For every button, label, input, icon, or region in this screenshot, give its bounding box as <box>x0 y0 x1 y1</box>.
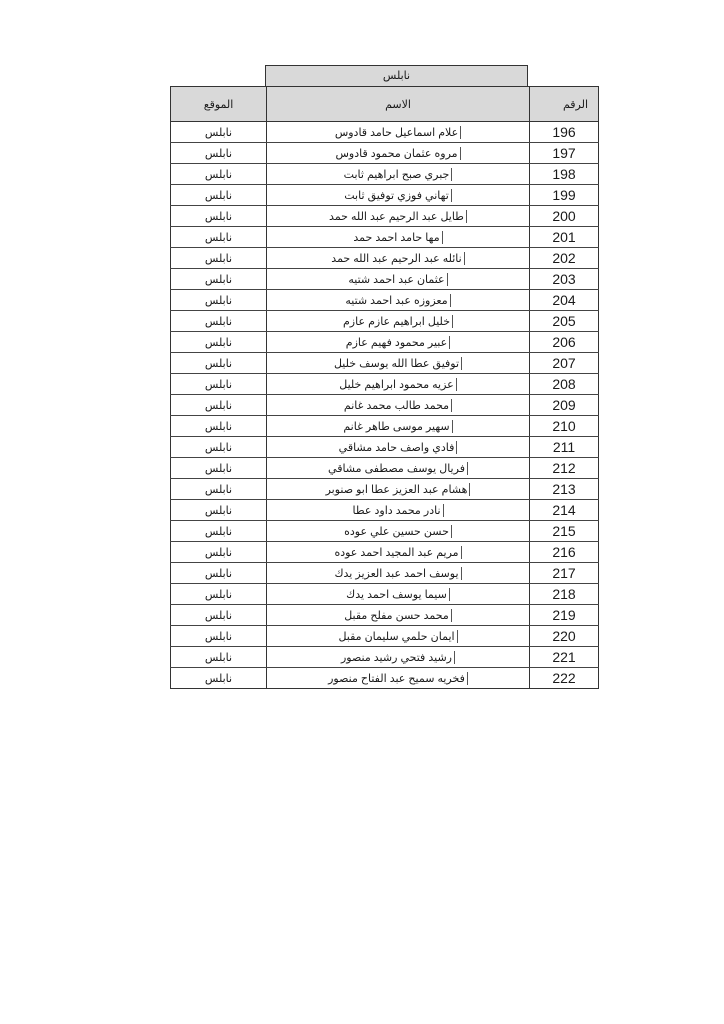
column-header-location: الموقع <box>171 87 267 122</box>
row-number: 207 <box>530 353 599 374</box>
row-number: 216 <box>530 542 599 563</box>
row-location: نابلس <box>171 458 267 479</box>
row-name: هشام عبد العزيز عطا ابو صنوبر <box>326 483 471 496</box>
row-number: 213 <box>530 479 599 500</box>
table-row: 204معزوزه عبد احمد شتيهنابلس <box>171 290 599 311</box>
table-row: 209محمد طالب محمد غانمنابلس <box>171 395 599 416</box>
table-row: 211فادي واصف حامد مشاقينابلس <box>171 437 599 458</box>
table-row: 201مها حامد احمد حمدنابلس <box>171 227 599 248</box>
row-name: مها حامد احمد حمد <box>353 231 442 244</box>
row-name: يوسف احمد عبد العزيز يدك <box>334 567 461 580</box>
column-header-number: الرقم <box>530 87 599 122</box>
table-row: 221رشيد فتحي رشيد منصورنابلس <box>171 647 599 668</box>
row-name-cell: سيما يوسف احمد يدك <box>267 584 530 605</box>
header-row: الرقم الاسم الموقع <box>171 87 599 122</box>
table-row: 218سيما يوسف احمد يدكنابلس <box>171 584 599 605</box>
row-name: حسن حسين علي عوده <box>344 525 452 538</box>
row-name-cell: هشام عبد العزيز عطا ابو صنوبر <box>267 479 530 500</box>
row-location: نابلس <box>171 563 267 584</box>
row-number: 202 <box>530 248 599 269</box>
row-name-cell: نائله عبد الرحيم عبد الله حمد <box>267 248 530 269</box>
row-number: 218 <box>530 584 599 605</box>
row-name-cell: فادي واصف حامد مشاقي <box>267 437 530 458</box>
row-location: نابلس <box>171 584 267 605</box>
row-number: 203 <box>530 269 599 290</box>
row-location: نابلس <box>171 227 267 248</box>
row-name-cell: خليل ابراهيم عازم عازم <box>267 311 530 332</box>
table-row: 216مريم عبد المجيد احمد عودهنابلس <box>171 542 599 563</box>
row-location: نابلس <box>171 500 267 521</box>
row-name: نادر محمد داود عطا <box>352 504 443 517</box>
row-name: عزيه محمود ابراهيم خليل <box>339 378 456 391</box>
row-name-cell: فخريه سميح عبد الفتاح منصور <box>267 668 530 689</box>
row-name-cell: علام اسماعيل حامد قادوس <box>267 122 530 143</box>
row-name-cell: محمد طالب محمد غانم <box>267 395 530 416</box>
table-row: 199تهاني فوزي توفيق ثابتنابلس <box>171 185 599 206</box>
document-page: نابلس الرقم الاسم الموقع 196علام اسماعيل… <box>0 0 724 1024</box>
table-row: 214نادر محمد داود عطانابلس <box>171 500 599 521</box>
row-name: طايل عبد الرحيم عبد الله حمد <box>329 210 467 223</box>
row-name: ايمان حلمي سليمان مقبل <box>338 630 457 643</box>
row-name-cell: يوسف احمد عبد العزيز يدك <box>267 563 530 584</box>
table-row: 210سهير موسى طاهر غانمنابلس <box>171 416 599 437</box>
row-location: نابلس <box>171 479 267 500</box>
row-location: نابلس <box>171 605 267 626</box>
row-number: 196 <box>530 122 599 143</box>
row-name-cell: حسن حسين علي عوده <box>267 521 530 542</box>
row-name-cell: عزيه محمود ابراهيم خليل <box>267 374 530 395</box>
row-name: مريم عبد المجيد احمد عوده <box>334 546 461 559</box>
table-row: 208عزيه محمود ابراهيم خليلنابلس <box>171 374 599 395</box>
row-name-cell: مريم عبد المجيد احمد عوده <box>267 542 530 563</box>
row-name-cell: تهاني فوزي توفيق ثابت <box>267 185 530 206</box>
row-location: نابلس <box>171 374 267 395</box>
row-name-cell: مروه عثمان محمود قادوس <box>267 143 530 164</box>
row-location: نابلس <box>171 353 267 374</box>
row-name: علام اسماعيل حامد قادوس <box>335 126 461 139</box>
row-name: فريال يوسف مصطفى مشاقي <box>328 462 468 475</box>
row-name: مروه عثمان محمود قادوس <box>335 147 460 160</box>
row-name-cell: نادر محمد داود عطا <box>267 500 530 521</box>
row-name-cell: محمد حسن مفلح مقبل <box>267 605 530 626</box>
row-name: سيما يوسف احمد يدك <box>346 588 450 601</box>
row-location: نابلس <box>171 647 267 668</box>
row-name-cell: عبير محمود فهيم عازم <box>267 332 530 353</box>
table-row: 222فخريه سميح عبد الفتاح منصورنابلس <box>171 668 599 689</box>
row-name-cell: فريال يوسف مصطفى مشاقي <box>267 458 530 479</box>
row-location: نابلس <box>171 269 267 290</box>
row-location: نابلس <box>171 290 267 311</box>
row-name: فخريه سميح عبد الفتاح منصور <box>328 672 468 685</box>
row-number: 204 <box>530 290 599 311</box>
row-number: 205 <box>530 311 599 332</box>
table-row: 212فريال يوسف مصطفى مشاقينابلس <box>171 458 599 479</box>
row-location: نابلس <box>171 143 267 164</box>
table-row: 205خليل ابراهيم عازم عازمنابلس <box>171 311 599 332</box>
row-number: 220 <box>530 626 599 647</box>
row-name-cell: جبري صبح ابراهيم ثابت <box>267 164 530 185</box>
row-location: نابلس <box>171 185 267 206</box>
row-name-cell: توفيق عطا الله يوسف خليل <box>267 353 530 374</box>
row-number: 221 <box>530 647 599 668</box>
row-number: 215 <box>530 521 599 542</box>
row-name-cell: رشيد فتحي رشيد منصور <box>267 647 530 668</box>
row-location: نابلس <box>171 122 267 143</box>
row-location: نابلس <box>171 164 267 185</box>
row-name-cell: سهير موسى طاهر غانم <box>267 416 530 437</box>
row-name: رشيد فتحي رشيد منصور <box>341 651 455 664</box>
table-row: 198جبري صبح ابراهيم ثابتنابلس <box>171 164 599 185</box>
table-row: 206عبير محمود فهيم عازمنابلس <box>171 332 599 353</box>
table-row: 219محمد حسن مفلح مقبلنابلس <box>171 605 599 626</box>
row-name: محمد حسن مفلح مقبل <box>344 609 452 622</box>
row-number: 197 <box>530 143 599 164</box>
row-name: محمد طالب محمد غانم <box>344 399 452 412</box>
row-number: 208 <box>530 374 599 395</box>
row-number: 209 <box>530 395 599 416</box>
table-row: 207توفيق عطا الله يوسف خليلنابلس <box>171 353 599 374</box>
row-number: 222 <box>530 668 599 689</box>
table-row: 203عثمان عبد احمد شتيهنابلس <box>171 269 599 290</box>
table-row: 213هشام عبد العزيز عطا ابو صنوبرنابلس <box>171 479 599 500</box>
row-number: 206 <box>530 332 599 353</box>
row-name: فادي واصف حامد مشاقي <box>339 441 458 454</box>
row-name-cell: مها حامد احمد حمد <box>267 227 530 248</box>
roster-table: الرقم الاسم الموقع 196علام اسماعيل حامد … <box>170 86 599 689</box>
row-name: تهاني فوزي توفيق ثابت <box>344 189 452 202</box>
table-row: 215حسن حسين علي عودهنابلس <box>171 521 599 542</box>
row-name: نائله عبد الرحيم عبد الله حمد <box>331 252 464 265</box>
row-location: نابلس <box>171 416 267 437</box>
row-location: نابلس <box>171 668 267 689</box>
row-name: عبير محمود فهيم عازم <box>346 336 450 349</box>
row-number: 198 <box>530 164 599 185</box>
table-row: 217يوسف احمد عبد العزيز يدكنابلس <box>171 563 599 584</box>
row-number: 210 <box>530 416 599 437</box>
row-location: نابلس <box>171 626 267 647</box>
row-name: خليل ابراهيم عازم عازم <box>343 315 453 328</box>
table-row: 200طايل عبد الرحيم عبد الله حمدنابلس <box>171 206 599 227</box>
row-location: نابلس <box>171 206 267 227</box>
row-location: نابلس <box>171 521 267 542</box>
row-location: نابلس <box>171 248 267 269</box>
table-row: 220ايمان حلمي سليمان مقبلنابلس <box>171 626 599 647</box>
column-header-name: الاسم <box>267 87 530 122</box>
row-name: توفيق عطا الله يوسف خليل <box>334 357 462 370</box>
row-location: نابلس <box>171 542 267 563</box>
row-number: 217 <box>530 563 599 584</box>
row-number: 219 <box>530 605 599 626</box>
row-name: معزوزه عبد احمد شتيه <box>345 294 450 307</box>
row-number: 199 <box>530 185 599 206</box>
row-location: نابلس <box>171 311 267 332</box>
row-name-cell: طايل عبد الرحيم عبد الله حمد <box>267 206 530 227</box>
row-name-cell: معزوزه عبد احمد شتيه <box>267 290 530 311</box>
row-location: نابلس <box>171 437 267 458</box>
row-name: عثمان عبد احمد شتيه <box>348 273 447 286</box>
row-location: نابلس <box>171 332 267 353</box>
group-header-city: نابلس <box>265 65 528 86</box>
table-row: 197مروه عثمان محمود قادوسنابلس <box>171 143 599 164</box>
row-location: نابلس <box>171 395 267 416</box>
row-number: 214 <box>530 500 599 521</box>
row-name: جبري صبح ابراهيم ثابت <box>344 168 453 181</box>
table-row: 202نائله عبد الرحيم عبد الله حمدنابلس <box>171 248 599 269</box>
row-name-cell: عثمان عبد احمد شتيه <box>267 269 530 290</box>
row-number: 212 <box>530 458 599 479</box>
row-name-cell: ايمان حلمي سليمان مقبل <box>267 626 530 647</box>
row-number: 201 <box>530 227 599 248</box>
row-number: 200 <box>530 206 599 227</box>
table-row: 196علام اسماعيل حامد قادوسنابلس <box>171 122 599 143</box>
row-name: سهير موسى طاهر غانم <box>343 420 452 433</box>
roster-body: 196علام اسماعيل حامد قادوسنابلس197مروه ع… <box>171 122 599 689</box>
row-number: 211 <box>530 437 599 458</box>
